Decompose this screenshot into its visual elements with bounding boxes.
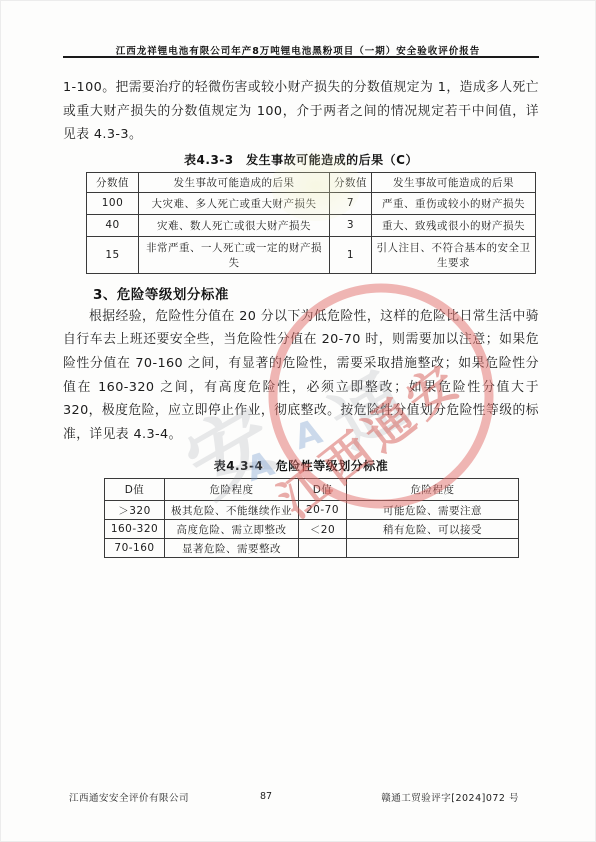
section-heading-risk-grades: 3、危险等级划分标准 [63, 283, 539, 303]
table-row: D值 危险程度 D值 危险程度 [105, 479, 519, 501]
column-header: D值 [105, 479, 165, 501]
table-cell: 70-160 [105, 539, 165, 558]
table-cell: 7 [330, 192, 372, 214]
table-cell: 重大、致残或很小的财产损失 [372, 214, 536, 236]
footer-page-number: 87 [251, 791, 281, 802]
table-cell [347, 539, 519, 558]
table-cell: 显著危险、需要整改 [165, 539, 299, 558]
table-cell: 非常严重、一人死亡或一定的财产损失 [139, 236, 330, 273]
column-header: D值 [299, 479, 347, 501]
table-row: ＞320 极其危险、不能继续作业 20-70 可能危险、需要注意 [105, 501, 519, 520]
header-rule [63, 56, 539, 58]
document-page: 江西龙祥锂电池有限公司年产8万吨锂电池黑粉项目（一期）安全验收评价报告 1-10… [0, 0, 596, 842]
footer-company-name: 江西通安安全评价有限公司 [69, 790, 189, 804]
table-cell: 极其危险、不能继续作业 [165, 501, 299, 520]
table-row: 160-320 高度危险、需立即整改 ＜20 稍有危险、可以接受 [105, 520, 519, 539]
column-header: 分数值 [330, 172, 372, 192]
column-header: 发生事故可能造成的后果 [372, 172, 536, 192]
table-row: 分数值 发生事故可能造成的后果 分数值 发生事故可能造成的后果 [87, 172, 536, 192]
table-cell: 稍有危险、可以接受 [347, 520, 519, 539]
table-4-3-3: 分数值 发生事故可能造成的后果 分数值 发生事故可能造成的后果 100 大灾难、… [86, 172, 536, 274]
table-cell: 严重、重伤或较小的财产损失 [372, 192, 536, 214]
table-4-3-4: D值 危险程度 D值 危险程度 ＞320 极其危险、不能继续作业 20-70 可… [104, 478, 519, 558]
table-4-3-4-title: 表4.3-4 危险性等级划分标准 [63, 457, 539, 474]
table-4-3-3-title: 表4.3-3 发生事故可能造成的后果（C） [63, 151, 539, 168]
table-cell: 160-320 [105, 520, 165, 539]
table-row: 70-160 显著危险、需要整改 [105, 539, 519, 558]
column-header: 发生事故可能造成的后果 [139, 172, 330, 192]
table-cell: 大灾难、多人死亡或重大财产损失 [139, 192, 330, 214]
table-cell: 可能危险、需要注意 [347, 501, 519, 520]
paragraph-consequence-scores: 1-100。把需要治疗的轻微伤害或较小财产损失的分数值规定为 1，造成多人死亡或… [63, 76, 539, 147]
table-cell: 1 [330, 236, 372, 273]
table-cell: 15 [87, 236, 139, 273]
table-cell: ＞320 [105, 501, 165, 520]
table-row: 100 大灾难、多人死亡或重大财产损失 7 严重、重伤或较小的财产损失 [87, 192, 536, 214]
table-row: 40 灾难、数人死亡或很大财产损失 3 重大、致残或很小的财产损失 [87, 214, 536, 236]
table-row: 15 非常严重、一人死亡或一定的财产损失 1 引人注目、不符合基本的安全卫生要求 [87, 236, 536, 273]
column-header: 分数值 [87, 172, 139, 192]
paragraph-risk-grade-rules: 根据经验，危险性分值在 20 分以下为低危险性，这样的危险比日常生活中骑自行车去… [63, 305, 539, 447]
table-cell: 40 [87, 214, 139, 236]
table-cell: 高度危险、需立即整改 [165, 520, 299, 539]
table-cell: 灾难、数人死亡或很大财产损失 [139, 214, 330, 236]
table-cell: 100 [87, 192, 139, 214]
table-cell: ＜20 [299, 520, 347, 539]
table-cell [299, 539, 347, 558]
table-cell: 引人注目、不符合基本的安全卫生要求 [372, 236, 536, 273]
page-header-title: 江西龙祥锂电池有限公司年产8万吨锂电池黑粉项目（一期）安全验收评价报告 [1, 43, 595, 57]
table-cell: 20-70 [299, 501, 347, 520]
column-header: 危险程度 [165, 479, 299, 501]
footer-document-number: 赣通工贸验评字[2024]072 号 [381, 790, 519, 804]
table-cell: 3 [330, 214, 372, 236]
column-header: 危险程度 [347, 479, 519, 501]
document-content: 1-100。把需要治疗的轻微伤害或较小财产损失的分数值规定为 1，造成多人死亡或… [63, 76, 539, 558]
